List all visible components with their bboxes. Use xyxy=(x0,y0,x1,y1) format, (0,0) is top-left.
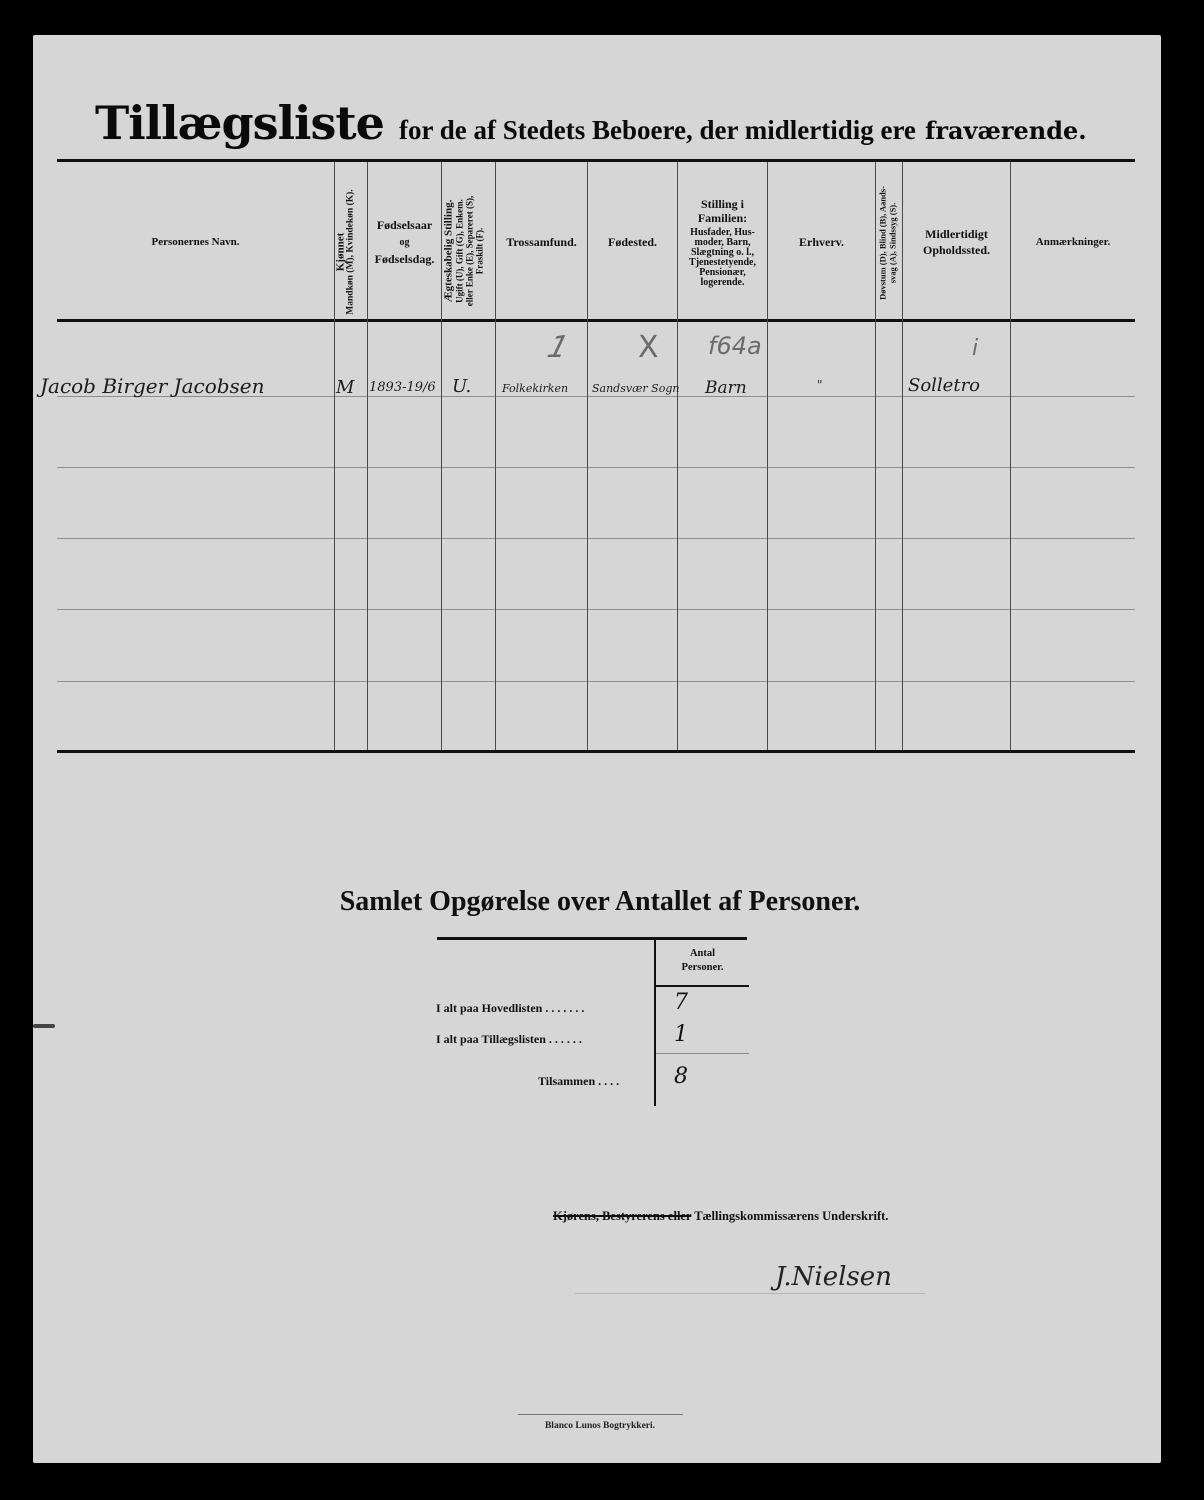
row-line xyxy=(57,467,1135,468)
header-residence-line: Opholdssted. xyxy=(923,244,990,257)
summary-top-border xyxy=(437,937,747,940)
header-temporary-residence: Midlertidigt Opholdssted. xyxy=(903,165,1010,320)
cell-family-position: Barn xyxy=(705,378,747,398)
header-gender-title: Kjønnet xyxy=(336,175,346,330)
column-divider xyxy=(875,162,876,750)
summary-column-header-line: Antal xyxy=(656,947,749,961)
table-bottom-border xyxy=(57,750,1135,753)
cell-religion: Folkekirken xyxy=(502,382,568,395)
signature-line xyxy=(575,1293,925,1294)
header-gender-options: Mandkøn (M), Kvindekøn (K). xyxy=(346,175,356,330)
header-marital-line: Ægteskabelig Stilling. xyxy=(443,174,455,329)
cell-birthplace: Sandsvær Sogn xyxy=(592,382,679,395)
header-family-line: logerende. xyxy=(701,278,745,288)
header-marital-line: Fraskilt (F). xyxy=(475,174,485,329)
cell-family-mark: f64a xyxy=(708,332,762,360)
cell-marital: U. xyxy=(452,376,471,397)
cell-temporary-residence: Solletro xyxy=(908,375,980,396)
header-birthplace: Fødested. xyxy=(588,165,677,320)
summary-label-total: Tilsammen . . . . xyxy=(538,1074,619,1089)
header-religion: Trossamfund. xyxy=(496,165,587,320)
header-marital-status: Ægteskabelig Stilling. Ugift (U), Gift (… xyxy=(443,174,493,329)
summary-label-main-list: I alt paa Hovedlisten . . . . . . . xyxy=(436,1001,584,1016)
summary-label-supplement-list: I alt paa Tillægslisten . . . . . . xyxy=(436,1032,582,1047)
form-title-main: Tillægsliste xyxy=(95,96,384,150)
header-gender: Kjønnet Mandkøn (M), Kvindekøn (K). xyxy=(336,175,366,330)
header-occupation: Erhverv. xyxy=(768,165,875,320)
signature-label: Kjørens, Bestyrerens eller Tællingskommi… xyxy=(553,1209,888,1224)
header-family-position: Stilling i Familien: Husfader, Hus- mode… xyxy=(678,165,767,320)
header-birth: Fødselsaar og Fødselsdag. xyxy=(368,165,441,320)
header-disability-line: Døvstum (D), Blind (B), Aands- xyxy=(878,166,888,321)
summary-value-main-list: 7 xyxy=(674,990,688,1015)
signature-label-text: Tællingskommissærens Underskrift. xyxy=(694,1209,888,1223)
header-marital-line: eller Enke (E), Separeret (S), xyxy=(465,174,475,329)
summary-header-border xyxy=(656,985,749,987)
row-line xyxy=(57,681,1135,682)
table-top-border xyxy=(57,159,1135,162)
signature-label-struck: Kjørens, Bestyrerens eller xyxy=(553,1209,691,1223)
summary-value-total: 8 xyxy=(674,1064,688,1089)
cell-residence-mark: i xyxy=(972,336,978,361)
signature: J.Nielsen xyxy=(775,1262,892,1292)
printer-imprint: Blanco Lunos Bogtrykkeri. xyxy=(515,1421,685,1431)
summary-value-supplement-list: 1 xyxy=(674,1022,688,1047)
header-disability-line: svag (A), Sindssyg (S). xyxy=(888,166,898,321)
form-title-subtitle: for de af Stedets Beboere, der midlertid… xyxy=(399,115,916,145)
form-title-emphasis: fraværende. xyxy=(925,116,1087,145)
summary-subtotal-line xyxy=(656,1053,749,1054)
header-birth-line: Fødselsdag. xyxy=(375,253,435,266)
row-line xyxy=(57,609,1135,610)
cell-birthplace-mark: X xyxy=(638,330,659,365)
header-birth-line: og xyxy=(400,236,410,249)
summary-title: Samlet Opgørelse over Antallet af Person… xyxy=(300,886,900,918)
row-line xyxy=(57,538,1135,539)
form-title: Tillægsliste for de af Stedets Beboere, … xyxy=(95,96,1105,150)
cell-name: Jacob Birger Jacobsen xyxy=(40,374,265,398)
header-residence-line: Midlertidigt xyxy=(925,228,988,241)
cell-occupation: " xyxy=(817,378,823,392)
edge-mark xyxy=(33,1024,55,1028)
summary-column-header-line: Personer. xyxy=(656,961,749,975)
header-family-line: Stilling i xyxy=(701,197,744,211)
header-marital-line: Ugift (U), Gift (G), Enkem. xyxy=(455,174,465,329)
summary-column-header: Antal Personer. xyxy=(656,947,749,975)
cell-birth: 1893-19/6 xyxy=(369,380,436,395)
header-name: Personernes Navn. xyxy=(57,165,334,320)
header-family-line: Familien: xyxy=(698,211,747,225)
cell-gender: M xyxy=(336,377,354,398)
printer-rule xyxy=(518,1414,683,1415)
header-birth-line: Fødselsaar xyxy=(377,219,432,232)
header-remarks: Anmærkninger. xyxy=(1011,165,1135,320)
header-disability: Døvstum (D), Blind (B), Aands- svag (A),… xyxy=(878,166,900,321)
